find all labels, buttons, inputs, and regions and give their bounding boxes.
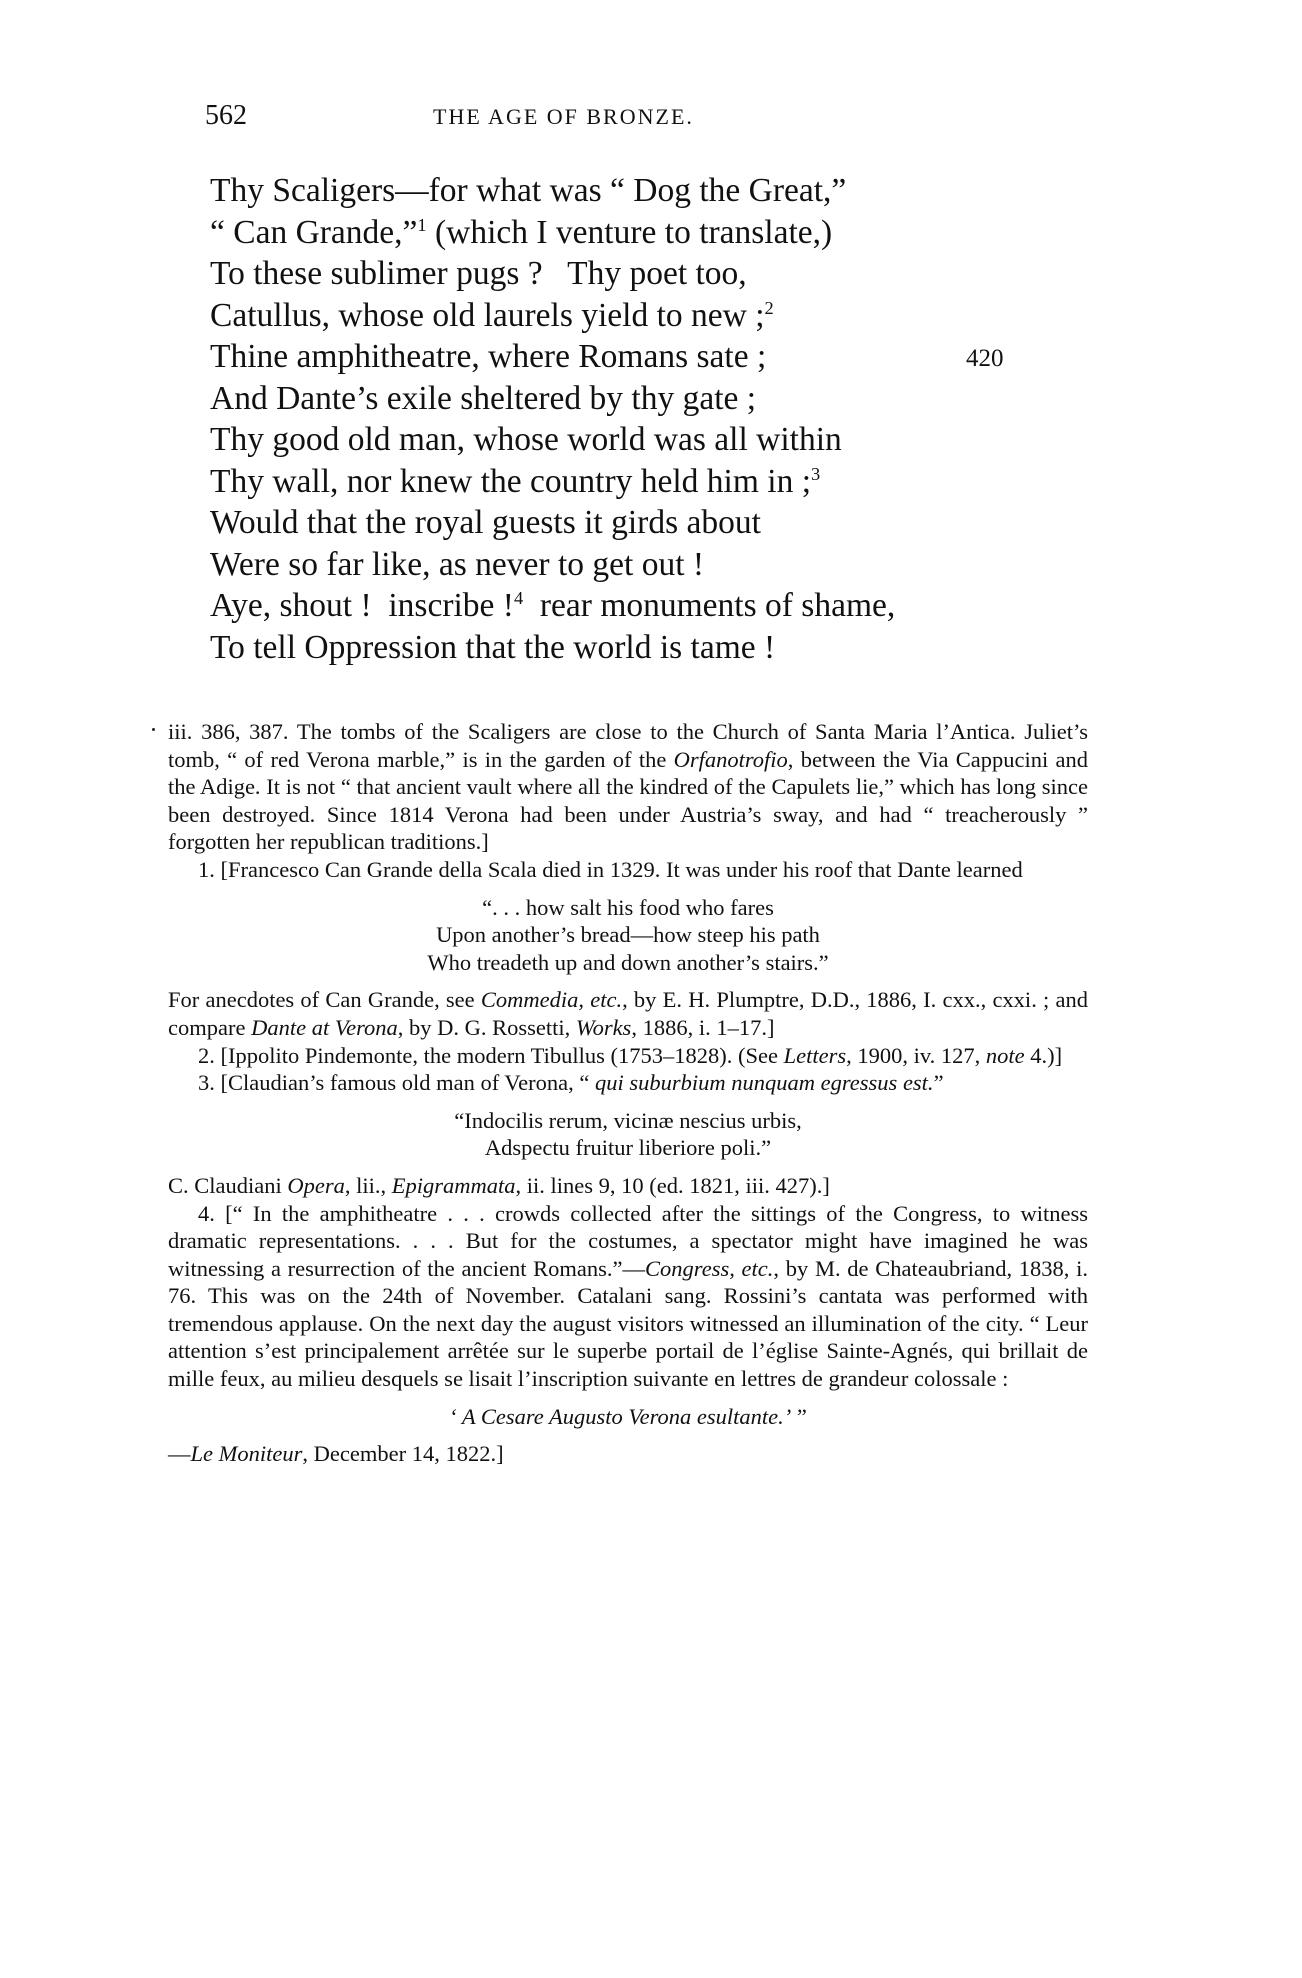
poem-line: To these sublimer pugs ? Thy poet too, — [210, 253, 1090, 295]
block-quote: ‘ A Cesare Augusto Verona esultante.’ ” — [168, 1403, 1088, 1431]
footnote-4-cont: —Le Moniteur, December 14, 1822.] — [168, 1440, 1088, 1468]
footnote-ref[interactable]: 2 — [765, 297, 774, 317]
poem-line: Catullus, whose old laurels yield to new… — [210, 295, 1090, 337]
footnote-1-cont: For anecdotes of Can Grande, see Commedi… — [168, 986, 1088, 1041]
poem-line: Aye, shout ! inscribe !4 rear monuments … — [210, 585, 1090, 627]
poem-stanza: Thy Scaligers—for what was “ Dog the Gre… — [210, 170, 1090, 668]
poem-line: “ Can Grande,”1 (which I venture to tran… — [210, 212, 1090, 254]
footnote-ref[interactable]: 3 — [811, 463, 820, 483]
page-number: 562 — [205, 100, 247, 132]
footnote-4: 4. [“ In the amphitheatre . . . crowds c… — [168, 1200, 1088, 1393]
poem-line: Thy Scaligers—for what was “ Dog the Gre… — [210, 170, 1090, 212]
poem-line: Thy wall, nor knew the country held him … — [210, 461, 1090, 503]
footnote-2: 2. [Ippolito Pindemonte, the modern Tibu… — [168, 1042, 1088, 1070]
poem-line: Thy good old man, whose world was all wi… — [210, 419, 1090, 461]
footnote-ref[interactable]: 1 — [417, 214, 426, 234]
poem-line: And Dante’s exile sheltered by thy gate … — [210, 378, 1090, 420]
footnote-3-cont: C. Claudiani Opera, lii., Epigrammata, i… — [168, 1172, 1088, 1200]
footnote-3: 3. [Claudian’s famous old man of Verona,… — [168, 1069, 1088, 1097]
footnote-ref[interactable]: 4 — [514, 588, 523, 608]
block-quote: “. . . how salt his food who fares Upon … — [168, 894, 1088, 977]
poem-line: Would that the royal guests it girds abo… — [210, 502, 1090, 544]
poem-line: Thine amphitheatre, where Romans sate ;4… — [210, 336, 1090, 378]
margin-mark — [152, 728, 155, 731]
running-title: THE AGE OF BRONZE. — [433, 104, 694, 130]
page-header: 562 THE AGE OF BRONZE. — [205, 100, 1085, 140]
footnote-1: 1. [Francesco Can Grande della Scala die… — [168, 856, 1088, 884]
block-quote: “Indocilis rerum, vicinæ nescius urbis, … — [168, 1107, 1088, 1162]
line-number: 420 — [966, 338, 1004, 380]
note-editorial: iii. 386, 387. The tombs of the Scaliger… — [168, 718, 1088, 856]
poem-line: Were so far like, as never to get out ! — [210, 544, 1090, 586]
footnotes: iii. 386, 387. The tombs of the Scaliger… — [168, 718, 1088, 1468]
poem-line: To tell Oppression that the world is tam… — [210, 627, 1090, 669]
